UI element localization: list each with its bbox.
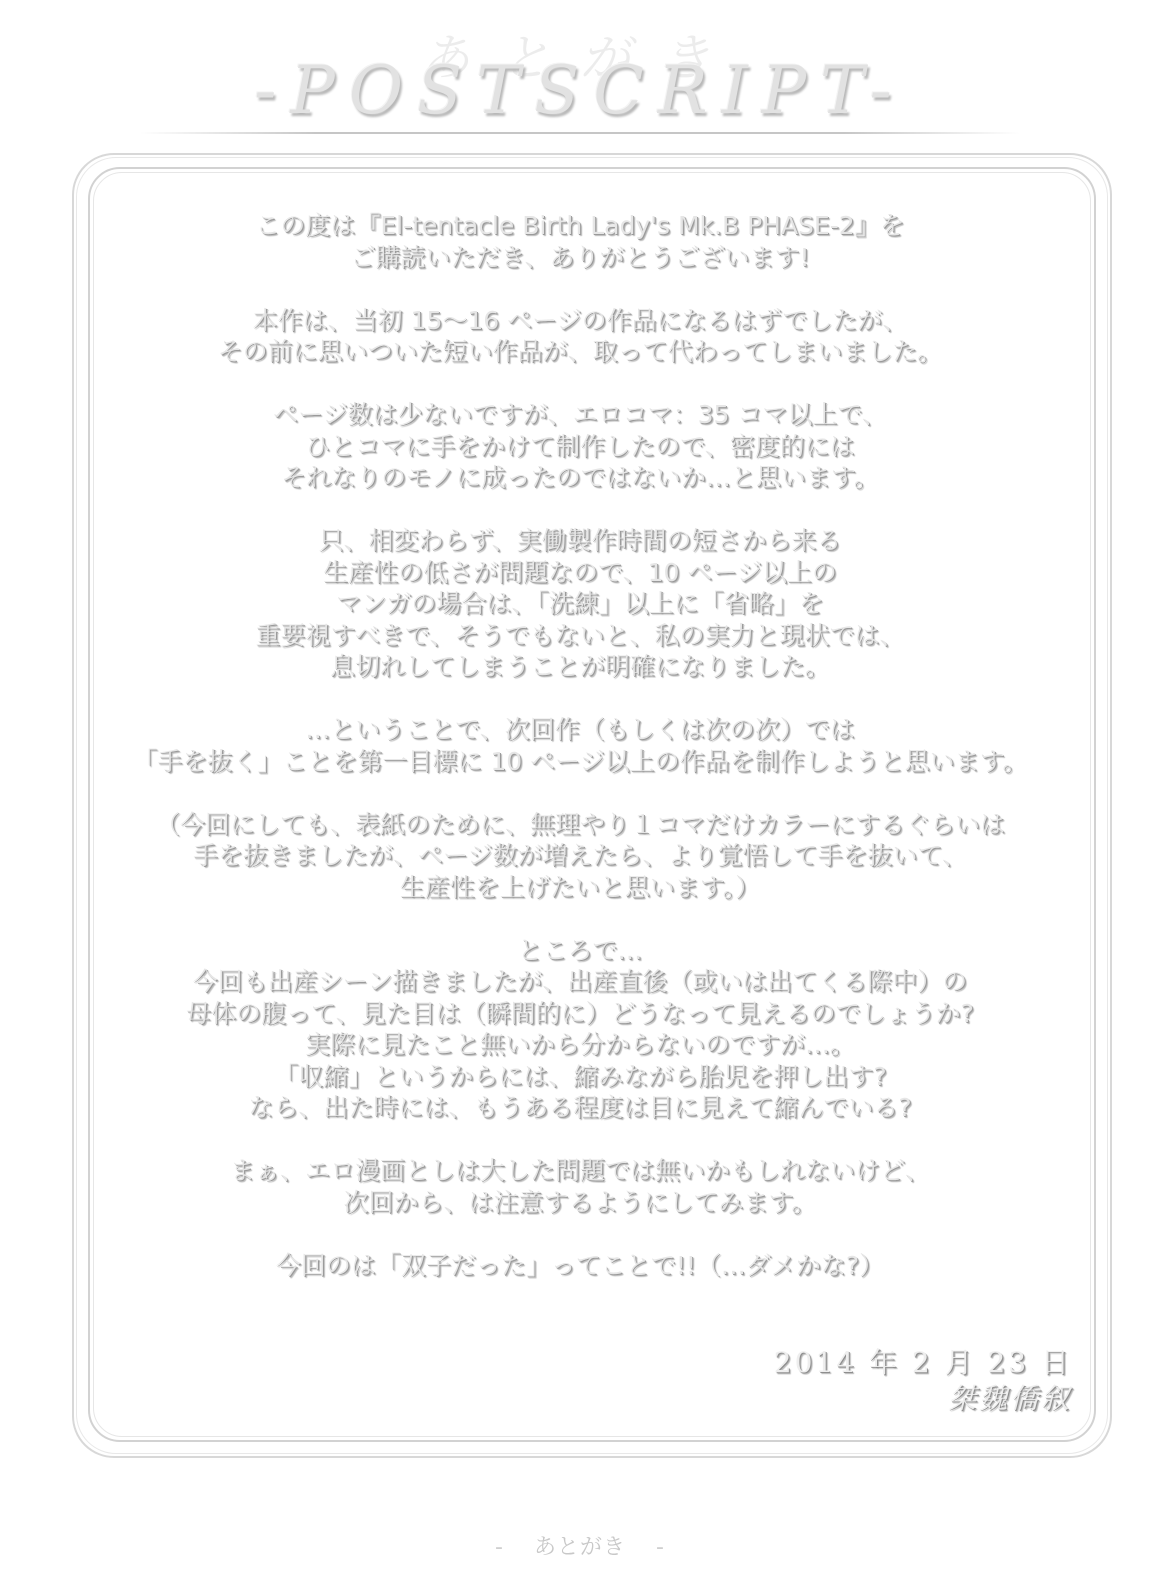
text-line: 今回のは「双子だった」ってことで!!（…ダメかな?） xyxy=(100,1250,1060,1282)
postscript-body: この度は『El-tentacle Birth Lady's Mk.B PHASE… xyxy=(100,210,1060,1313)
text-line: 重要視すべきで、そうでもないと、私の実力と現状では、 xyxy=(100,620,1060,652)
signature-date: 2014 年 2 月 23 日 xyxy=(774,1345,1072,1381)
text-line: …ということで、次回作（もしくは次の次）では xyxy=(100,714,1060,746)
text-line: この度は『El-tentacle Birth Lady's Mk.B PHASE… xyxy=(100,210,1060,242)
paragraph-question: ところで… 今回も出産シーン描きましたが、出産直後（或いは出てくる際中）の 母体… xyxy=(100,935,1060,1124)
text-line: 息切れしてしまうことが明確になりました。 xyxy=(100,651,1060,683)
text-line: 「手を抜く」ことを第一目標に 10 ページ以上の作品を制作しようと思います。 xyxy=(100,746,1060,778)
page-title: -POSTSCRIPT- xyxy=(0,52,1160,129)
paragraph-panel-count: ページ数は少ないですが、エロコマ：35 コマ以上で、 ひとコマに手をかけて制作し… xyxy=(100,399,1060,494)
paragraph-cover-note: （今回にしても、表紙のために、無理やり１コマだけカラーにするぐらいは 手を抜きま… xyxy=(100,809,1060,904)
footer-dash-right: - xyxy=(656,1535,665,1560)
text-line: ひとコマに手をかけて制作したので、密度的には xyxy=(100,431,1060,463)
text-line: ページ数は少ないですが、エロコマ：35 コマ以上で、 xyxy=(100,399,1060,431)
text-line: 本作は、当初 15～16 ページの作品になるはずでしたが、 xyxy=(100,305,1060,337)
text-line: 実際に見たこと無いから分からないのですが…。 xyxy=(100,1029,1060,1061)
text-line: 次回から、は注意するようにしてみます。 xyxy=(100,1187,1060,1219)
page-header: あとがき -POSTSCRIPT- xyxy=(0,0,1160,130)
paragraph-closing: 今回のは「双子だった」ってことで!!（…ダメかな?） xyxy=(100,1250,1060,1282)
title-divider xyxy=(140,132,1020,134)
paragraph-thanks: この度は『El-tentacle Birth Lady's Mk.B PHASE… xyxy=(100,210,1060,273)
signature-author: 桀魏僑叙 xyxy=(774,1381,1072,1417)
paragraph-productivity: 只、相変わらず、実働製作時間の短さから来る 生産性の低さが問題なので、10 ペー… xyxy=(100,525,1060,683)
text-line: 生産性の低さが問題なので、10 ページ以上の xyxy=(100,557,1060,589)
text-line: ところで… xyxy=(100,935,1060,967)
text-line: 手を抜きましたが、ページ数が増えたら、より覚悟して手を抜いて、 xyxy=(100,840,1060,872)
text-line: 生産性を上げたいと思います。） xyxy=(100,872,1060,904)
text-line: まぁ、エロ漫画としは大した問題では無いかもしれないけど、 xyxy=(100,1155,1060,1187)
text-line: なら、出た時には、もうある程度は目に見えて縮んでいる? xyxy=(100,1092,1060,1124)
text-line: ご購読いただき、ありがとうございます! xyxy=(100,242,1060,274)
text-line: 只、相変わらず、実働製作時間の短さから来る xyxy=(100,525,1060,557)
text-line: マンガの場合は、「洗練」以上に「省略」を xyxy=(100,588,1060,620)
paragraph-caution: まぁ、エロ漫画としは大した問題では無いかもしれないけど、 次回から、は注意するよ… xyxy=(100,1155,1060,1218)
text-line: それなりのモノに成ったのではないか…と思います。 xyxy=(100,462,1060,494)
text-line: その前に思いついた短い作品が、取って代わってしまいました。 xyxy=(100,336,1060,368)
footer-label: あとがき xyxy=(534,1535,626,1560)
text-line: 今回も出産シーン描きましたが、出産直後（或いは出てくる際中）の xyxy=(100,966,1060,998)
signature-block: 2014 年 2 月 23 日 桀魏僑叙 xyxy=(774,1345,1072,1417)
text-line: 母体の腹って、見た目は（瞬間的に）どうなって見えるのでしょうか? xyxy=(100,998,1060,1030)
text-line: 「収縮」というからには、縮みながら胎児を押し出す? xyxy=(100,1061,1060,1093)
paragraph-next-work: …ということで、次回作（もしくは次の次）では 「手を抜く」ことを第一目標に 10… xyxy=(100,714,1060,777)
paragraph-page-plan: 本作は、当初 15～16 ページの作品になるはずでしたが、 その前に思いついた短… xyxy=(100,305,1060,368)
footer-dash-left: - xyxy=(495,1535,504,1560)
page-footer: - あとがき - xyxy=(0,1530,1160,1561)
text-line: （今回にしても、表紙のために、無理やり１コマだけカラーにするぐらいは xyxy=(100,809,1060,841)
